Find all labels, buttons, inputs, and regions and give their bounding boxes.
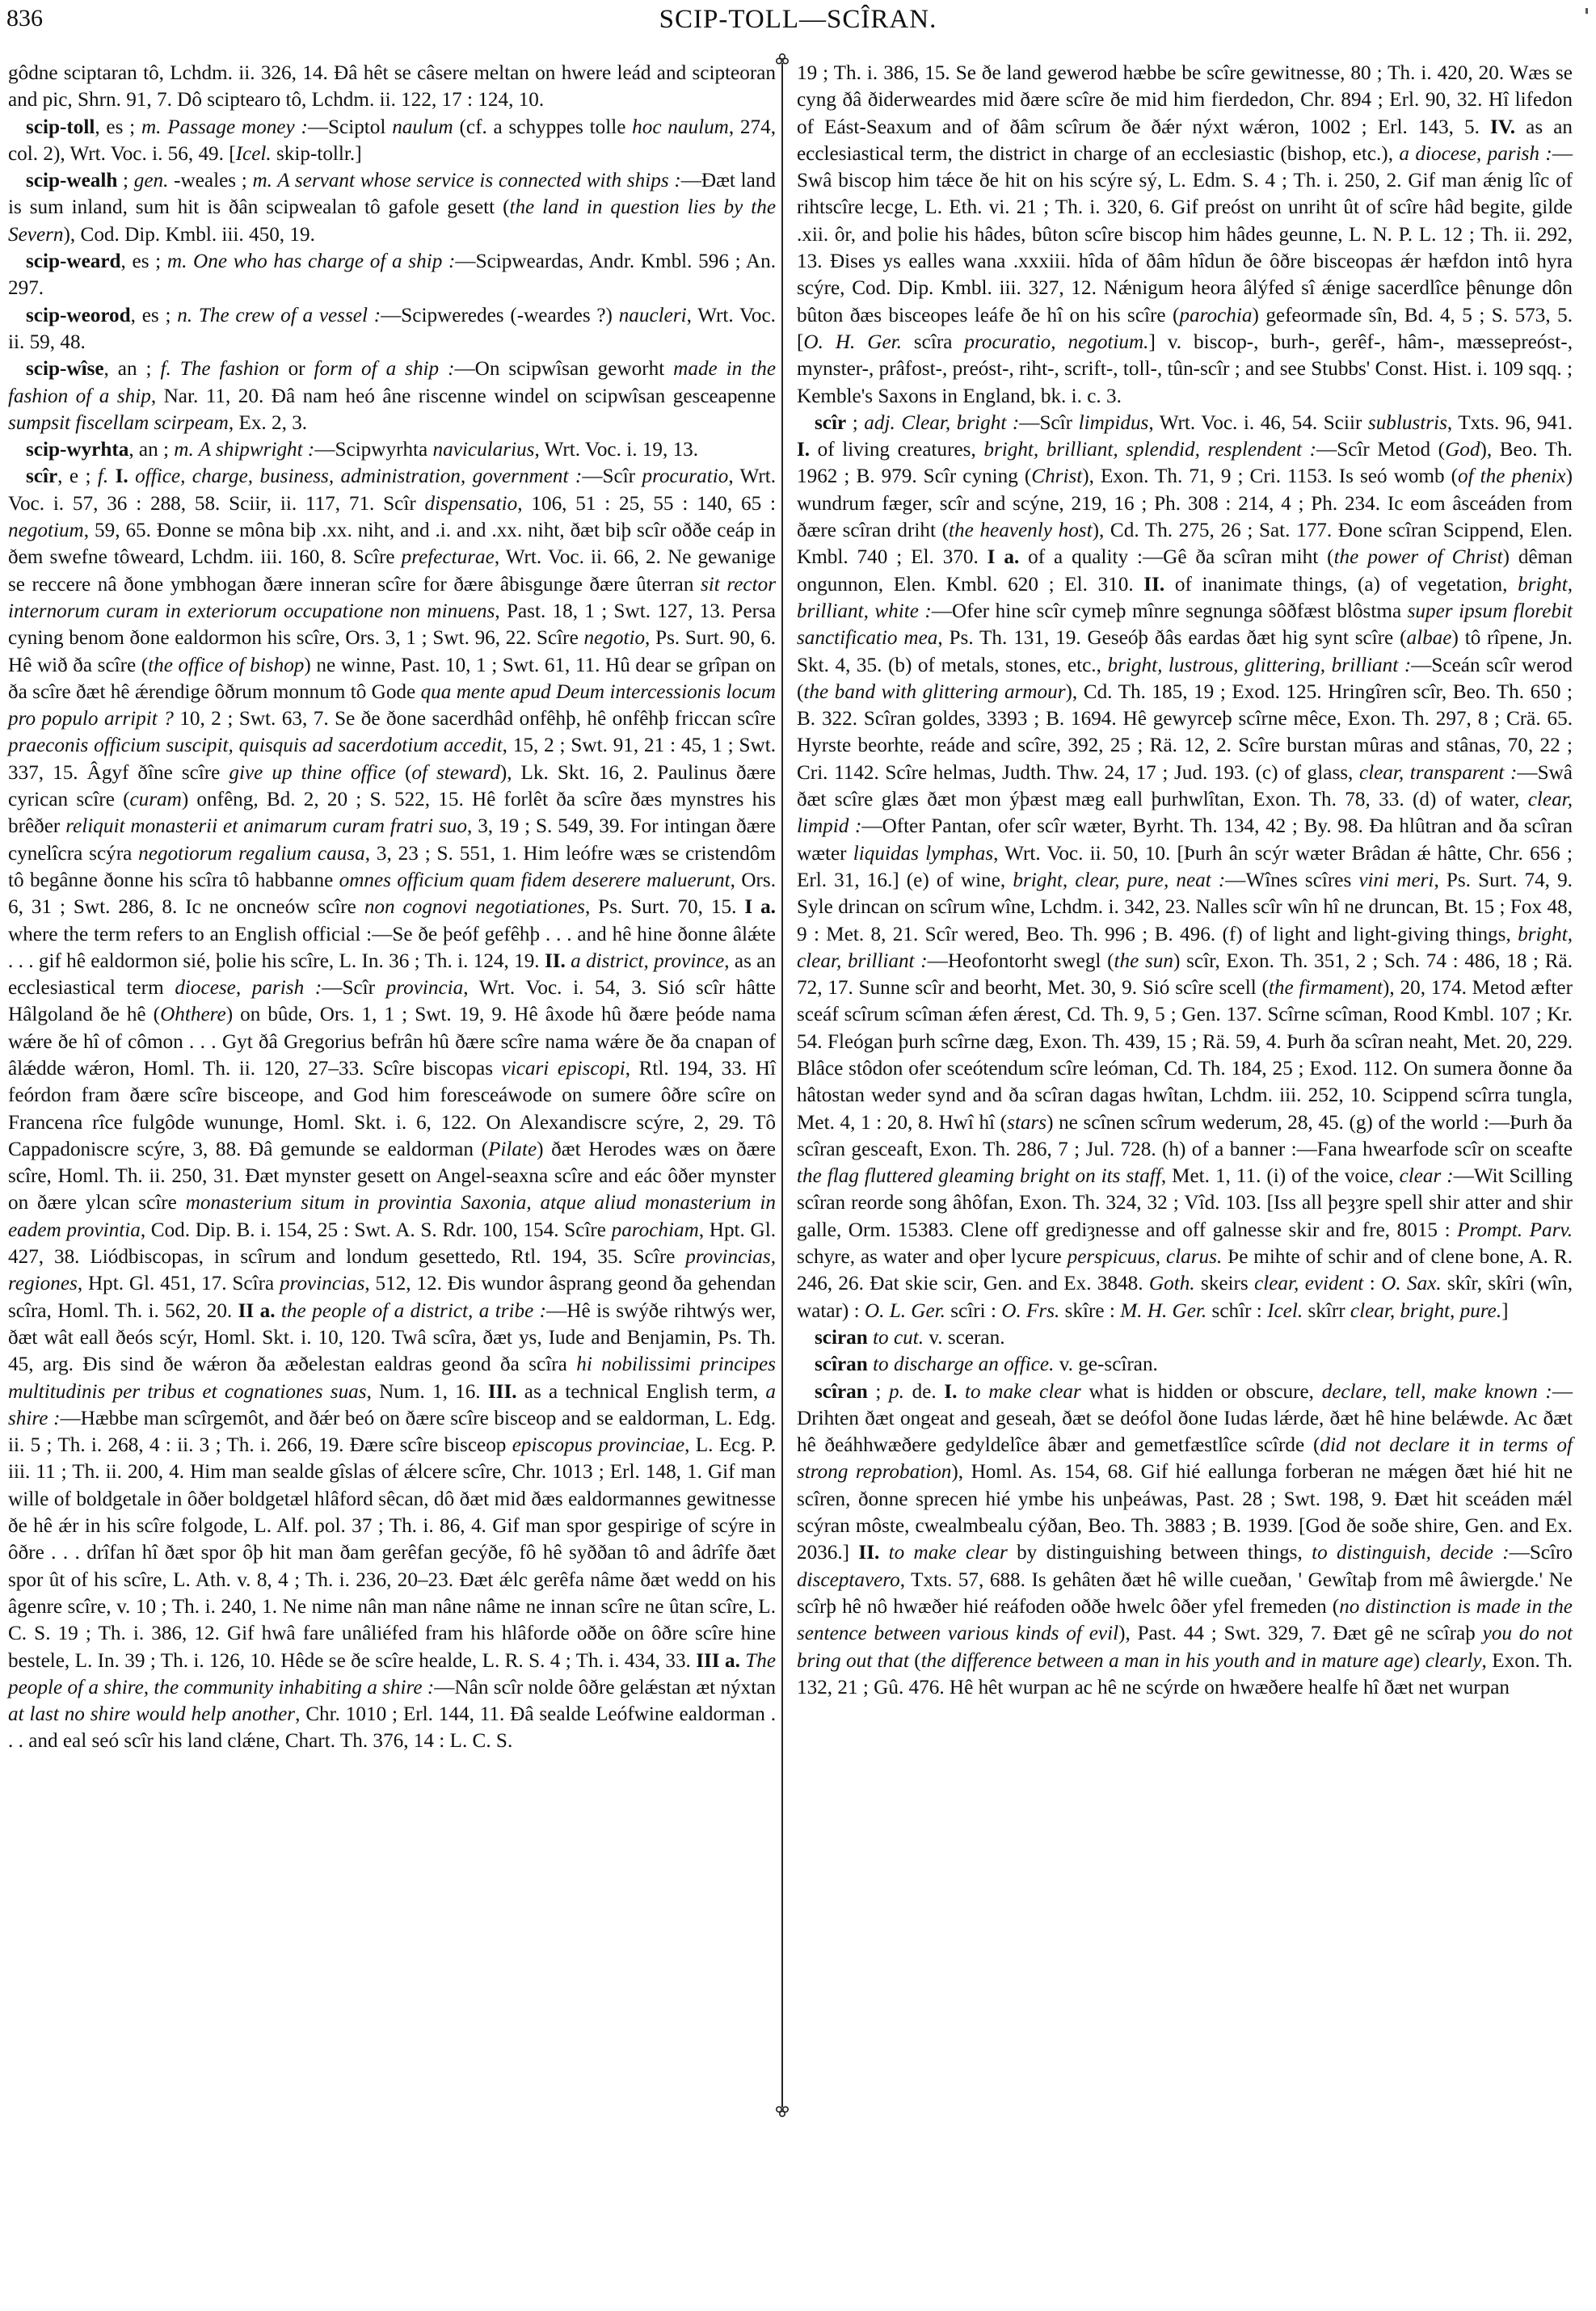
italic-gloss: the office of bishop (148, 655, 304, 676)
entry-text: —Scîr (322, 977, 385, 999)
trefoil-ornament-icon (775, 2099, 790, 2117)
entry-text: scîri : (945, 1300, 1001, 1322)
entry-text: , Num. 1, 16. (367, 1381, 488, 1403)
entry-text: 10, 2 ; Swt. 63, 7. Se ðe ðone sacerdhâd… (174, 708, 776, 730)
italic-gloss: the firmament (1269, 977, 1383, 999)
entry-text: —Ofer hine scîr cymeþ mînre segnunga sôð… (932, 600, 1408, 622)
headword: scîr (26, 465, 57, 487)
italic-gloss: n. The crew of a vessel : (177, 305, 381, 326)
entry-text: ; (117, 170, 133, 192)
entry-text: —Scîro (1510, 1542, 1573, 1564)
italic-gloss: to discharge an office. (873, 1353, 1054, 1375)
entry-text: of living creatures, (810, 439, 983, 461)
entry-text: —Nân scîr nolde ôðre gelǽstan æt nýxtan (434, 1677, 776, 1699)
italic-gloss: prefecturae (402, 546, 495, 568)
italic-gloss: hoc naulum (632, 116, 729, 138)
entry-text: —On scipwîsan geworht (454, 358, 673, 380)
italic-gloss: bright, clear, pure, neat : (1013, 869, 1225, 891)
dictionary-entry: scîran ; p. de. I. to make clear what is… (797, 1379, 1573, 1702)
italic-gloss: bright, brilliant, splendid, resplendent… (983, 439, 1316, 461)
entry-text: skip-tollr.] (272, 143, 362, 165)
italic-gloss: albae (1407, 627, 1452, 649)
entry-text: —Scîr Metod ( (1316, 439, 1445, 461)
italic-gloss: form of a ship : (314, 358, 455, 380)
entry-text: —Scîr (1019, 412, 1078, 434)
italic-gloss: Ohthere (160, 1004, 226, 1025)
italic-gloss: O. Sax. (1381, 1273, 1442, 1294)
dictionary-entry: scip-wyrhta, an ; m. A shipwright :—Scip… (8, 436, 776, 463)
italic-gloss: negotio (583, 627, 645, 649)
italic-gloss: negotium (8, 520, 84, 541)
sense-number: III a. (696, 1650, 740, 1672)
italic-gloss: Christ (1031, 465, 1082, 487)
entry-text: ( (909, 1650, 921, 1672)
trefoil-ornament-icon (775, 53, 790, 71)
italic-gloss: diocese, parish : (175, 977, 322, 999)
italic-gloss: parochiam (612, 1219, 699, 1241)
italic-gloss: to distinguish, decide : (1312, 1542, 1510, 1564)
entry-text: (cf. a schyppes tolle (453, 116, 632, 138)
italic-gloss: the power of Christ (1334, 546, 1503, 568)
italic-gloss: gen. (134, 170, 169, 192)
entry-continuation: 19 ; Th. i. 386, 15. Se ðe land gewerod … (797, 60, 1573, 410)
entry-text (879, 1542, 888, 1564)
italic-gloss: O. Frs. (1001, 1300, 1059, 1322)
entry-text: de. (904, 1381, 944, 1403)
sense-number: II. (858, 1542, 879, 1564)
sense-number: II a. (238, 1300, 276, 1322)
entry-text: skîrr (1303, 1300, 1350, 1322)
italic-gloss: liquidas lymphas (853, 843, 993, 865)
entry-text: , es ; (121, 250, 167, 272)
entry-text: schîr : (1206, 1300, 1267, 1322)
italic-gloss: Prompt. Parv. (1457, 1219, 1573, 1241)
entry-text: ), Cod. Dip. Kmbl. iii. 450, 19. (64, 224, 315, 246)
italic-gloss: O. L. Ger. (865, 1300, 945, 1322)
entry-text: schyre, as water and oþer lycure (797, 1246, 1068, 1268)
entry-text: ( (396, 762, 411, 784)
entry-text: of inanimate things, (a) of vegetation, (1164, 574, 1518, 596)
entry-text: : (1363, 1273, 1381, 1294)
entry-text: —Scîr (582, 465, 642, 487)
entry-text: what is hidden or obscure, (1081, 1381, 1322, 1403)
stray-mark (1585, 8, 1588, 14)
italic-gloss: navicularius (433, 439, 535, 461)
entry-text: 19 ; Th. i. 386, 15. Se ðe land gewerod … (797, 62, 1573, 138)
sense-number: I. (797, 439, 810, 461)
entry-text: -weales ; (168, 170, 252, 192)
italic-gloss: the sun (1114, 950, 1173, 972)
entry-text: ] (1501, 1300, 1508, 1322)
entry-text: , 106, 51 : 25, 55 : 140, 65 : (517, 493, 776, 515)
headword: scip-weorod (26, 305, 131, 326)
dictionary-entry: scip-wealh ; gen. -weales ; m. A servant… (8, 167, 776, 248)
italic-gloss: adj. Clear, bright : (864, 412, 1019, 434)
dictionary-entry: sciran to cut. v. sceran. (797, 1324, 1573, 1351)
italic-gloss: sumpsit fiscellam scirpeam (8, 412, 229, 434)
column-right: 19 ; Th. i. 386, 15. Se ðe land gewerod … (797, 60, 1573, 1701)
italic-gloss: Icel. (236, 143, 272, 165)
italic-gloss: m. One who has charge of a ship : (167, 250, 456, 272)
entry-text: , Hpt. Gl. 451, 17. Scîra (78, 1273, 280, 1294)
dictionary-entry: scip-wîse, an ; f. The fashion or form o… (8, 356, 776, 436)
entry-text: , Ps. Surt. 70, 15. (585, 896, 744, 918)
entry-text: ; (846, 412, 864, 434)
italic-gloss: the people of a district, a tribe : (281, 1300, 546, 1322)
italic-gloss: clear, transparent : (1359, 762, 1517, 784)
entry-text: —Swâ biscop him tǽce ðe hit on his scýre… (797, 143, 1573, 326)
entry-text: skeirs (1195, 1273, 1254, 1294)
italic-gloss: at last no shire would help another (8, 1703, 295, 1725)
italic-gloss: clearly (1425, 1650, 1482, 1672)
italic-gloss: procuratio (642, 465, 728, 487)
entry-continuation: gôdne sciptaran tô, Lchdm. ii. 326, 14. … (8, 60, 776, 114)
entry-text: , Cod. Dip. B. i. 154, 25 : Swt. A. S. R… (141, 1219, 612, 1241)
entry-text: , L. Ecg. P. iii. 11 ; Th. ii. 200, 4. H… (8, 1434, 776, 1671)
dictionary-entry: scip-weorod, es ; n. The crew of a vesse… (8, 302, 776, 356)
entry-text: ) (1413, 1650, 1425, 1672)
italic-gloss: Icel. (1267, 1300, 1303, 1322)
entry-text: , an ; (104, 358, 161, 380)
italic-gloss: procuratio, negotium. (964, 331, 1148, 353)
italic-gloss: p. (889, 1381, 904, 1403)
headword: scip-wealh (26, 170, 117, 192)
entry-text: , Ex. 2, 3. (229, 412, 307, 434)
italic-gloss: stars (1007, 1112, 1046, 1134)
italic-gloss: bright, lustrous, glittering, brilliant … (1107, 655, 1411, 676)
sense-number: I. (944, 1381, 957, 1403)
italic-gloss: M. H. Ger. (1120, 1300, 1206, 1322)
sense-number: IV. (1490, 116, 1515, 138)
sense-number: I. (116, 465, 128, 487)
italic-gloss: to cut. (873, 1327, 924, 1349)
headword: scip-toll (26, 116, 95, 138)
italic-gloss: sublustris (1368, 412, 1447, 434)
dictionary-entry: scip-toll, es ; m. Passage money :—Scipt… (8, 114, 776, 168)
italic-gloss: curam (129, 789, 181, 810)
italic-gloss: vini meri (1358, 869, 1434, 891)
italic-gloss: clear, evident (1254, 1273, 1363, 1294)
italic-gloss: naulum (392, 116, 453, 138)
italic-gloss: declare, tell, make known : (1322, 1381, 1552, 1403)
italic-gloss: non cognovi negotiationes (364, 896, 585, 918)
italic-gloss: f. The fashion (160, 358, 279, 380)
italic-gloss: of steward (411, 762, 499, 784)
italic-gloss: a district, province (571, 950, 724, 972)
italic-gloss: provincias (280, 1273, 364, 1294)
italic-gloss: the heavenly host (949, 520, 1093, 541)
entry-text: skîre : (1059, 1300, 1120, 1322)
italic-gloss: negotiorum regalium causa (138, 843, 365, 865)
italic-gloss: m. A servant whose service is connected … (252, 170, 680, 192)
entry-text (957, 1381, 965, 1403)
entry-text: v. sceran. (924, 1327, 1004, 1349)
entry-text: —Sciptol (308, 116, 392, 138)
italic-gloss: O. H. Ger. (803, 331, 902, 353)
dictionary-entry: scîr, e ; f. I. office, charge, business… (8, 463, 776, 1754)
italic-gloss: clear : (1400, 1165, 1454, 1187)
entry-text: ), 20, 174. Metod æfter sceáf scîrum scî… (797, 977, 1573, 1133)
italic-gloss: vicari episcopi (502, 1058, 625, 1080)
sense-number: III. (488, 1381, 517, 1403)
headword: sciran (815, 1327, 868, 1349)
entry-text: , Wrt. Voc. i. 19, 13. (534, 439, 698, 461)
italic-gloss: omnes officium quam fidem deserere malue… (339, 869, 731, 891)
sense-number: I a. (987, 546, 1020, 568)
entry-text: gôdne sciptaran tô, Lchdm. ii. 326, 14. … (8, 62, 776, 111)
entry-text (108, 465, 115, 487)
running-head: SCIP-TOLL—SCÎRAN. (0, 5, 1596, 35)
italic-gloss: to make clear (965, 1381, 1081, 1403)
entry-text: ; (868, 1381, 889, 1403)
italic-gloss: the difference between a man in his yout… (921, 1650, 1413, 1672)
entry-text: , e ; (57, 465, 98, 487)
italic-gloss: m. Passage money : (141, 116, 308, 138)
headword: scip-weard (26, 250, 121, 272)
sense-number: I a. (744, 896, 776, 918)
italic-gloss: to make clear (889, 1542, 1008, 1564)
entry-text: —Scipwyrhta (314, 439, 432, 461)
headword: scîr (815, 412, 846, 434)
entry-text: , es ; (95, 116, 141, 138)
italic-gloss: praeconis officium suscipit, quisquis ad… (8, 735, 503, 756)
entry-text: v. ge-scîran. (1054, 1353, 1157, 1375)
italic-gloss: f. (98, 465, 108, 487)
italic-gloss: the flag fluttered gleaming bright on it… (797, 1165, 1161, 1187)
sense-number: II. (545, 950, 566, 972)
italic-gloss: provincia (386, 977, 464, 999)
entry-text: of a quality :—Gê ða scîran miht ( (1019, 546, 1333, 568)
entry-text: , Txts. 96, 941. (1447, 412, 1573, 434)
headword: scîran (815, 1381, 868, 1403)
entry-text: , es ; (131, 305, 178, 326)
entry-text: , Wrt. Voc. i. 46, 54. Sciir (1148, 412, 1368, 434)
headword: scip-wyrhta (26, 439, 128, 461)
entry-text: ), Exon. Th. 71, 9 ; Cri. 1153. Is seó w… (1082, 465, 1458, 487)
italic-gloss: of the phenix (1458, 465, 1566, 487)
italic-gloss: give up thine office (229, 762, 396, 784)
italic-gloss: reliquit monasterii et animarum curam fr… (65, 815, 467, 837)
italic-gloss: disceptavero (797, 1569, 900, 1591)
column-left: gôdne sciptaran tô, Lchdm. ii. 326, 14. … (8, 60, 776, 1755)
headword: scîran (815, 1353, 868, 1375)
dictionary-entry: scîr ; adj. Clear, bright :—Scîr limpidu… (797, 410, 1573, 1324)
italic-gloss: a diocese, parish : (1399, 143, 1552, 165)
italic-gloss: Goth. (1149, 1273, 1195, 1294)
entry-text: , Nar. 11, 20. Ðâ nam heó âne riscenne w… (151, 385, 776, 407)
headword: scip-wîse (26, 358, 104, 380)
italic-gloss: clear, bright, pure. (1350, 1300, 1501, 1322)
entry-text: as a technical English term, (517, 1381, 766, 1403)
entry-text: , an ; (128, 439, 174, 461)
italic-gloss: m. A shipwright : (174, 439, 314, 461)
italic-gloss: parochia (1179, 305, 1252, 326)
entry-text: —Scipweredes (-weardes ?) (381, 305, 619, 326)
entry-text (276, 1300, 281, 1322)
entry-text: —Wînes scîres (1225, 869, 1358, 891)
italic-gloss: naucleri (619, 305, 687, 326)
italic-gloss: Pilate (488, 1139, 537, 1160)
entry-text: or (280, 358, 314, 380)
dictionary-entry: scip-weard, es ; m. One who has charge o… (8, 248, 776, 302)
entry-text: , Met. 1, 11. (i) of the voice, (1161, 1165, 1400, 1187)
entry-text: scîra (902, 331, 964, 353)
italic-gloss: limpidus (1079, 412, 1149, 434)
italic-gloss: perspicuus, clarus. (1068, 1246, 1223, 1268)
entry-text: —Heofontorht swegl ( (928, 950, 1114, 972)
entry-text: by distinguishing between things, (1008, 1542, 1312, 1564)
italic-gloss: the band with glittering armour (803, 681, 1065, 703)
italic-gloss: God (1445, 439, 1480, 461)
column-divider-rule (781, 71, 783, 2106)
entry-text (128, 465, 135, 487)
italic-gloss: office, charge, business, administration… (135, 465, 582, 487)
italic-gloss: dispensatio (425, 493, 518, 515)
dictionary-entry: scîran to discharge an office. v. ge-scî… (797, 1351, 1573, 1378)
italic-gloss: episcopus provinciae (512, 1434, 684, 1456)
entry-text: ), Past. 44 ; Swt. 329, 7. Ðæt gê ne scî… (1118, 1623, 1483, 1644)
sense-number: II. (1143, 574, 1164, 596)
entry-text: , Ps. Th. 131, 19. Geseóþ ðâs eardas ðæt… (937, 627, 1406, 649)
